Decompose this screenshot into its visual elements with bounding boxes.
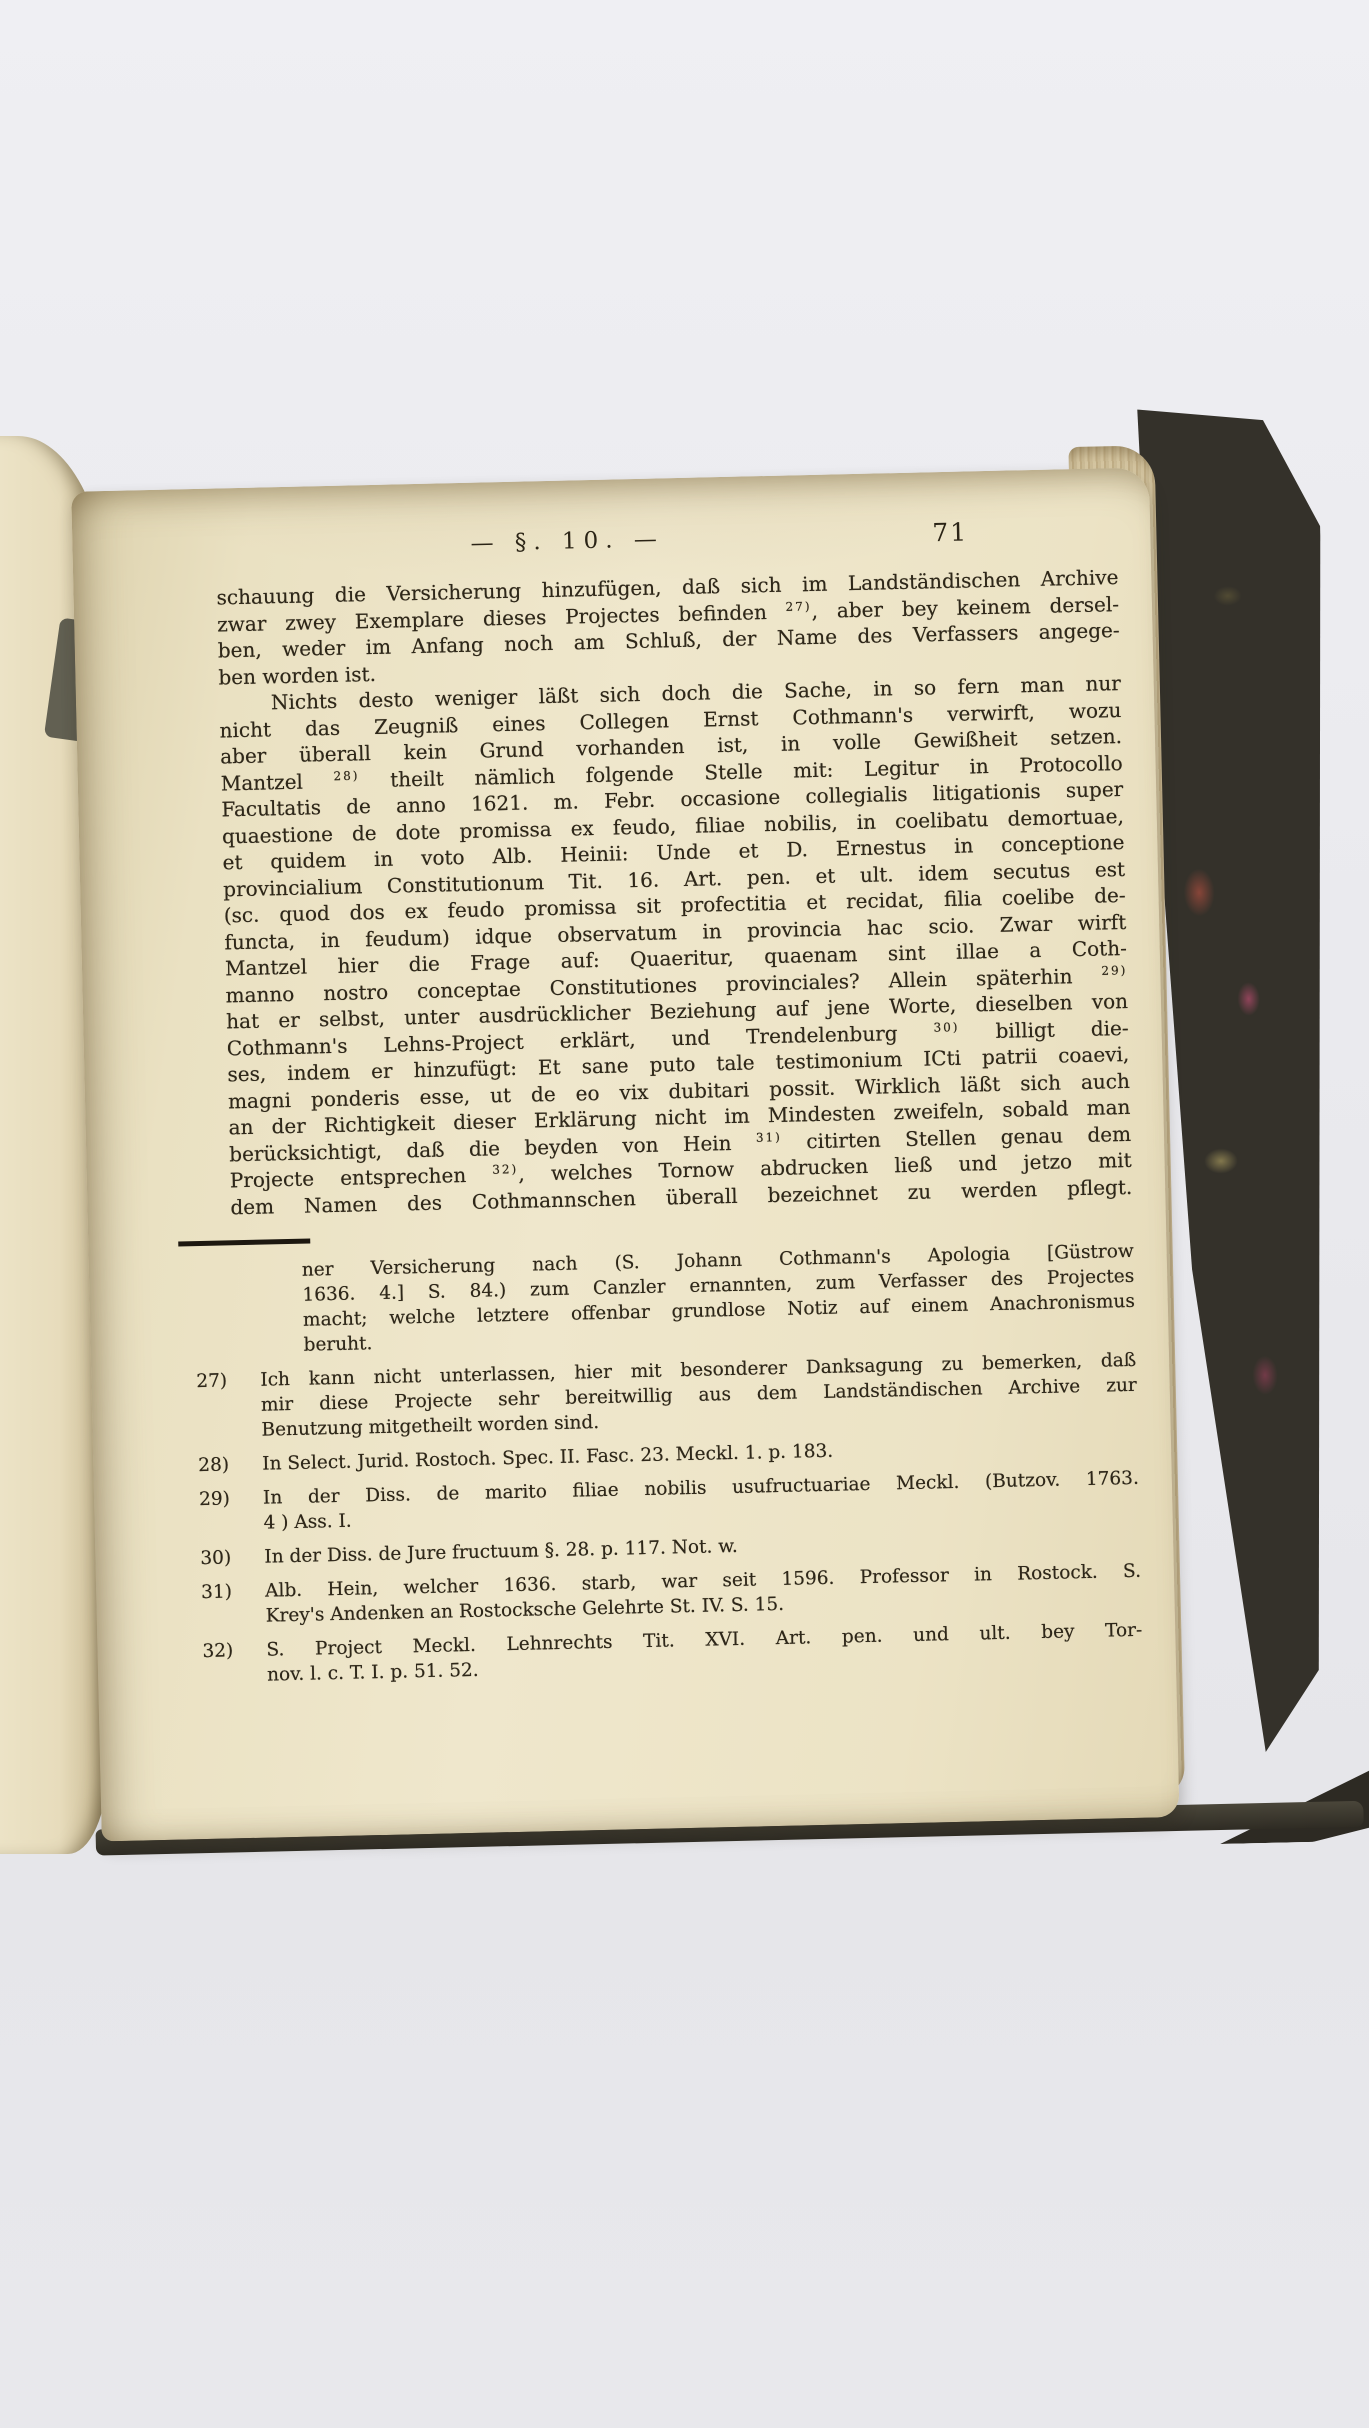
footnote-number: 30) [200, 1545, 265, 1571]
footnote: 27)Ich kann nicht unterlassen, hier mit … [196, 1348, 1137, 1444]
footnote-number: 32) [202, 1638, 267, 1689]
footnote-number: 27) [196, 1368, 262, 1444]
footnote-number [194, 1259, 260, 1360]
footnote-text: S. Project Meckl. Lehnrechts Tit. XVI. A… [266, 1618, 1143, 1688]
book-photo-background: — §. 10. — 71 schauung die Versicherung … [0, 0, 1369, 2428]
page-number: 71 [932, 517, 968, 547]
footnote-text: In der Diss. de marito filiae nobilis us… [263, 1466, 1140, 1536]
footnote-number: 31) [201, 1579, 266, 1630]
footnote-text: ner Versicherung nach (S. Johann Cothman… [258, 1239, 1136, 1359]
footnote-number: 28) [198, 1452, 263, 1478]
footnote-text: Alb. Hein, welcher 1636. starb, war seit… [265, 1559, 1142, 1629]
book-page: — §. 10. — 71 schauung die Versicherung … [71, 467, 1179, 1841]
body-text: schauung die Versicherung hinzufügen, da… [216, 564, 1132, 1220]
page-header: — §. 10. — 71 [215, 516, 1118, 570]
footnote-number: 29) [199, 1486, 264, 1537]
footnote: 29)In der Diss. de marito filiae nobilis… [199, 1466, 1140, 1537]
footnotes: ner Versicherung nach (S. Johann Cothman… [194, 1239, 1143, 1689]
footnote-separator [178, 1239, 310, 1247]
footnote-text: Ich kann nicht unterlassen, hier mit bes… [260, 1348, 1137, 1443]
footnote: 32)S. Project Meckl. Lehnrechts Tit. XVI… [202, 1618, 1143, 1689]
book: — §. 10. — 71 schauung die Versicherung … [60, 411, 1369, 1940]
text-column: — §. 10. — 71 schauung die Versicherung … [215, 516, 1143, 1688]
section-heading: — §. 10. — [470, 526, 664, 556]
footnote: 31)Alb. Hein, welcher 1636. starb, war s… [201, 1559, 1142, 1630]
footnote: ner Versicherung nach (S. Johann Cothman… [194, 1239, 1136, 1360]
